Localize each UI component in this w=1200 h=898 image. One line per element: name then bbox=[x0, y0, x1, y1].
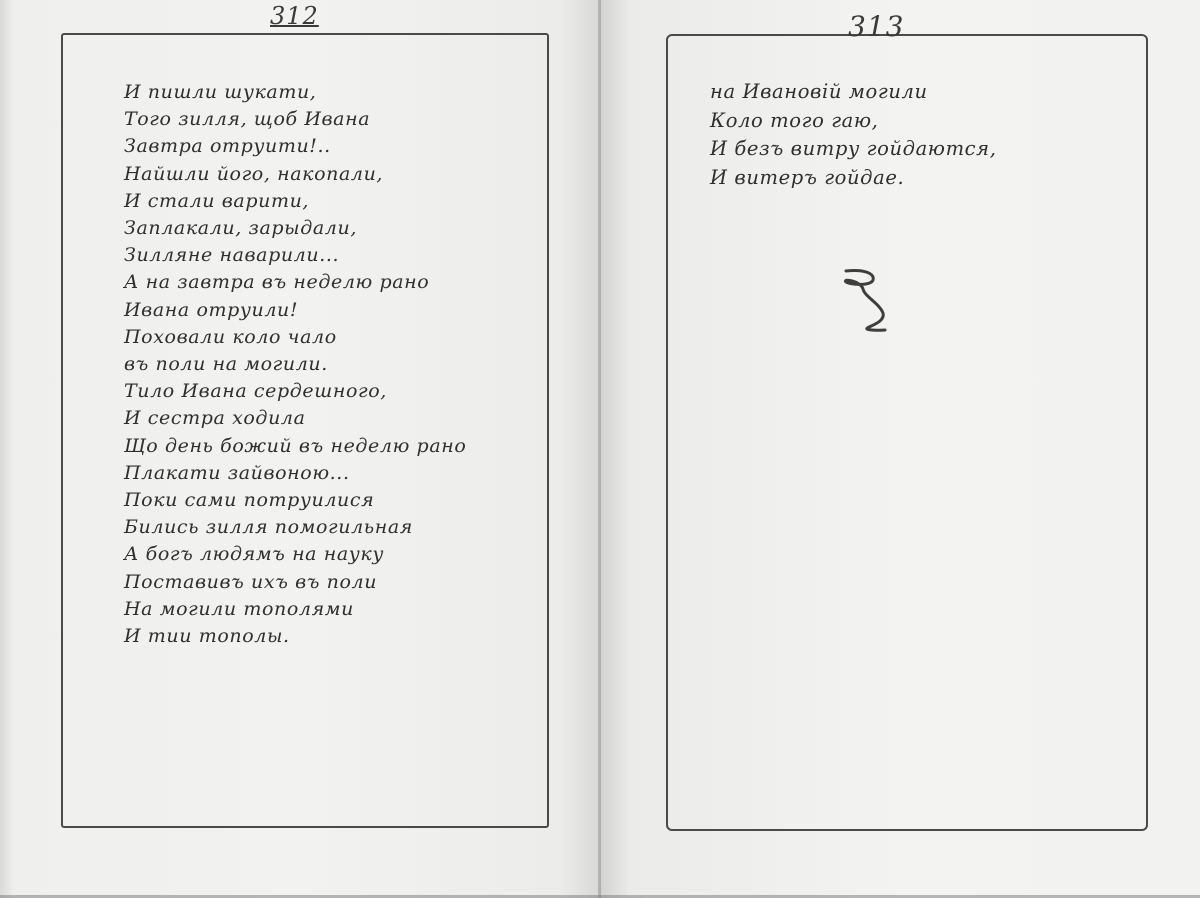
poem-line: Заплакали, зарыдали, bbox=[124, 215, 544, 242]
right-page-text: на Ивановій могили Коло того гаю, И безъ… bbox=[710, 78, 1130, 192]
poem-line: И пишли шукати, bbox=[124, 79, 544, 106]
poem-line: Поховали коло чало bbox=[124, 324, 544, 351]
poem-line: А на завтра въ неделю рано bbox=[124, 269, 544, 296]
right-page-number: 313 bbox=[848, 10, 904, 43]
poem-line: на Ивановій могили bbox=[710, 78, 1130, 107]
poem-line: Зилляне наварили... bbox=[124, 242, 544, 269]
closing-flourish-icon bbox=[843, 267, 893, 339]
book-spine bbox=[598, 0, 601, 898]
poem-line: И сестра ходила bbox=[124, 405, 544, 432]
poem-line: Тило Ивана сердешного, bbox=[124, 378, 544, 405]
poem-line: И тии тополы. bbox=[124, 623, 544, 650]
left-page-text: И пишли шукати, Того зилля, щоб Ивана За… bbox=[124, 79, 544, 650]
poem-line: И витеръ гойдае. bbox=[710, 164, 1130, 193]
poem-line: въ поли на могили. bbox=[124, 351, 544, 378]
poem-line: И стали варити, bbox=[124, 188, 544, 215]
poem-line: Плакати зайвоною... bbox=[124, 460, 544, 487]
left-page-number: 312 bbox=[270, 2, 319, 30]
poem-line: На могили тополями bbox=[124, 596, 544, 623]
notebook-spread: 312 313 И пишли шукати, Того зилля, щоб … bbox=[0, 0, 1200, 898]
poem-line: А богъ людямъ на науку bbox=[124, 541, 544, 568]
poem-line: Завтра отруити!.. bbox=[124, 133, 544, 160]
poem-line: Коло того гаю, bbox=[710, 107, 1130, 136]
poem-line: Що день божий въ неделю рано bbox=[124, 433, 544, 460]
poem-line: Бились зилля помогильная bbox=[124, 514, 544, 541]
poem-line: И безъ витру гойдаются, bbox=[710, 135, 1130, 164]
poem-line: Поставивъ ихъ въ поли bbox=[124, 569, 544, 596]
poem-line: Найшли його, накопали, bbox=[124, 161, 544, 188]
poem-line: Того зилля, щоб Ивана bbox=[124, 106, 544, 133]
poem-line: Ивана отруили! bbox=[124, 297, 544, 324]
poem-line: Поки сами потруилися bbox=[124, 487, 544, 514]
